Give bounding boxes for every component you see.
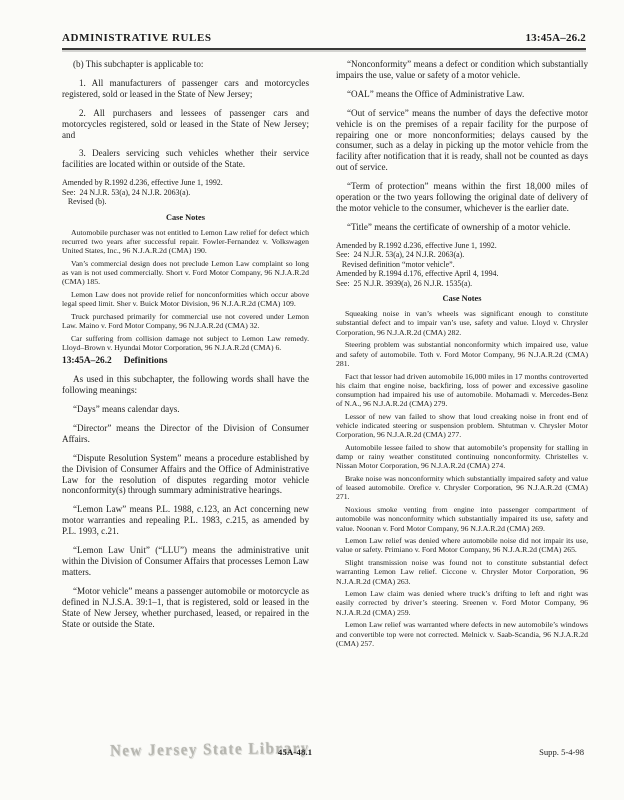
definition-paragraph: “Director” means the Director of the Div… [62,423,309,445]
case-notes-list: Squeaking noise in van’s wheels was sign… [336,309,588,648]
document-page: ADMINISTRATIVE RULES 13:45A–26.2 (b) Thi… [0,0,624,800]
case-note: Automobile purchaser was not entitled to… [62,228,309,256]
applicability-item: 1. All manufacturers of passenger cars a… [62,78,309,100]
case-note: Slight transmission noise was found not … [336,558,588,586]
case-note: Lemon Law does not provide relief for no… [62,290,309,308]
definition-paragraph: “OAL” means the Office of Administrative… [336,89,588,100]
amendment-history: Amended by R.1992 d.236, effective June … [62,178,309,207]
page-footer: 45A-48.1 Supp. 5-4-98 [62,747,586,763]
case-notes-title: Case Notes [62,213,309,222]
case-note: Automobile lessee failed to show that au… [336,443,588,471]
definition-paragraph: As used in this subchapter, the followin… [62,374,309,396]
definition-paragraph: “Out of service” means the number of day… [336,108,588,173]
applicability-item: 2. All purchasers and lessees of passeng… [62,108,309,141]
section-heading: 13:45A–26.2Definitions [62,356,309,366]
case-note: Fact that lessor had driven automobile 1… [336,372,588,409]
section-number-header: 13:45A–26.2 [525,32,586,44]
case-note: Car suffering from collision damage not … [62,334,309,352]
definition-paragraph: “Days” means calendar days. [62,404,309,415]
case-note: Brake noise was nonconformity which subs… [336,474,588,502]
amendment-line: Revised definition “motor vehicle”. [336,260,588,270]
section-heading-number: 13:45A–26.2 [62,356,112,366]
definition-paragraph: “Dispute Resolution System” means a proc… [62,453,309,497]
page-number: 45A-48.1 [278,747,312,757]
section-heading-title: Definitions [124,356,168,366]
amendment-line: See: 24 N.J.R. 53(a), 24 N.J.R. 2063(a). [62,188,309,198]
definition-paragraph: “Motor vehicle” means a passenger automo… [62,586,309,630]
case-note: Lemon Law relief was denied where automo… [336,536,588,554]
case-note: Van’s commercial design does not preclud… [62,259,309,287]
amendment-line: Revised (b). [62,197,309,207]
amendment-line: See: 24 N.J.R. 53(a), 24 N.J.R. 2063(a). [336,250,588,260]
definition-paragraph: “Lemon Law” means P.L. 1988, c.123, an A… [62,504,309,537]
case-note: Steering problem was substantial nonconf… [336,340,588,368]
subchapter-applicability-intro: (b) This subchapter is applicable to: [62,59,309,70]
supplement-date: Supp. 5-4-98 [539,747,584,757]
case-note: Truck purchased primarily for commercial… [62,312,309,330]
amendment-history: Amended by R.1992 d.236, effective June … [336,241,588,289]
definitions-list: As used in this subchapter, the followin… [62,374,309,629]
definitions-list-continued: “Nonconformity” means a defect or condit… [336,59,588,233]
applicability-item: 3. Dealers servicing such vehicles wheth… [62,148,309,170]
case-notes-list: Automobile purchaser was not entitled to… [62,228,309,352]
case-note: Lemon Law relief was warranted where def… [336,620,588,648]
amendment-line: See: 25 N.J.R. 3939(a), 26 N.J.R. 1535(a… [336,279,588,289]
definition-paragraph: “Title” means the certificate of ownersh… [336,222,588,233]
definition-paragraph: “Lemon Law Unit” (“LLU”) means the admin… [62,545,309,578]
case-note: Lemon Law claim was denied where truck’s… [336,589,588,617]
running-head: ADMINISTRATIVE RULES [62,32,212,44]
amendment-line: Amended by R.1992 d.236, effective June … [62,178,309,188]
amendment-line: Amended by R.1994 d.176, effective April… [336,269,588,279]
case-note: Lessor of new van failed to show that lo… [336,412,588,440]
header-rule [62,48,586,50]
left-column: (b) This subchapter is applicable to: 1.… [62,59,309,637]
case-note: Noxious smoke venting from engine into p… [336,505,588,533]
page-header: ADMINISTRATIVE RULES 13:45A–26.2 [62,32,586,44]
definition-paragraph: “Term of protection” means within the fi… [336,181,588,214]
case-notes-title: Case Notes [336,294,588,303]
definition-paragraph: “Nonconformity” means a defect or condit… [336,59,588,81]
amendment-line: Amended by R.1992 d.236, effective June … [336,241,588,251]
applicability-list: 1. All manufacturers of passenger cars a… [62,78,309,170]
right-column: “Nonconformity” means a defect or condit… [336,59,588,651]
case-note: Squeaking noise in van’s wheels was sign… [336,309,588,337]
